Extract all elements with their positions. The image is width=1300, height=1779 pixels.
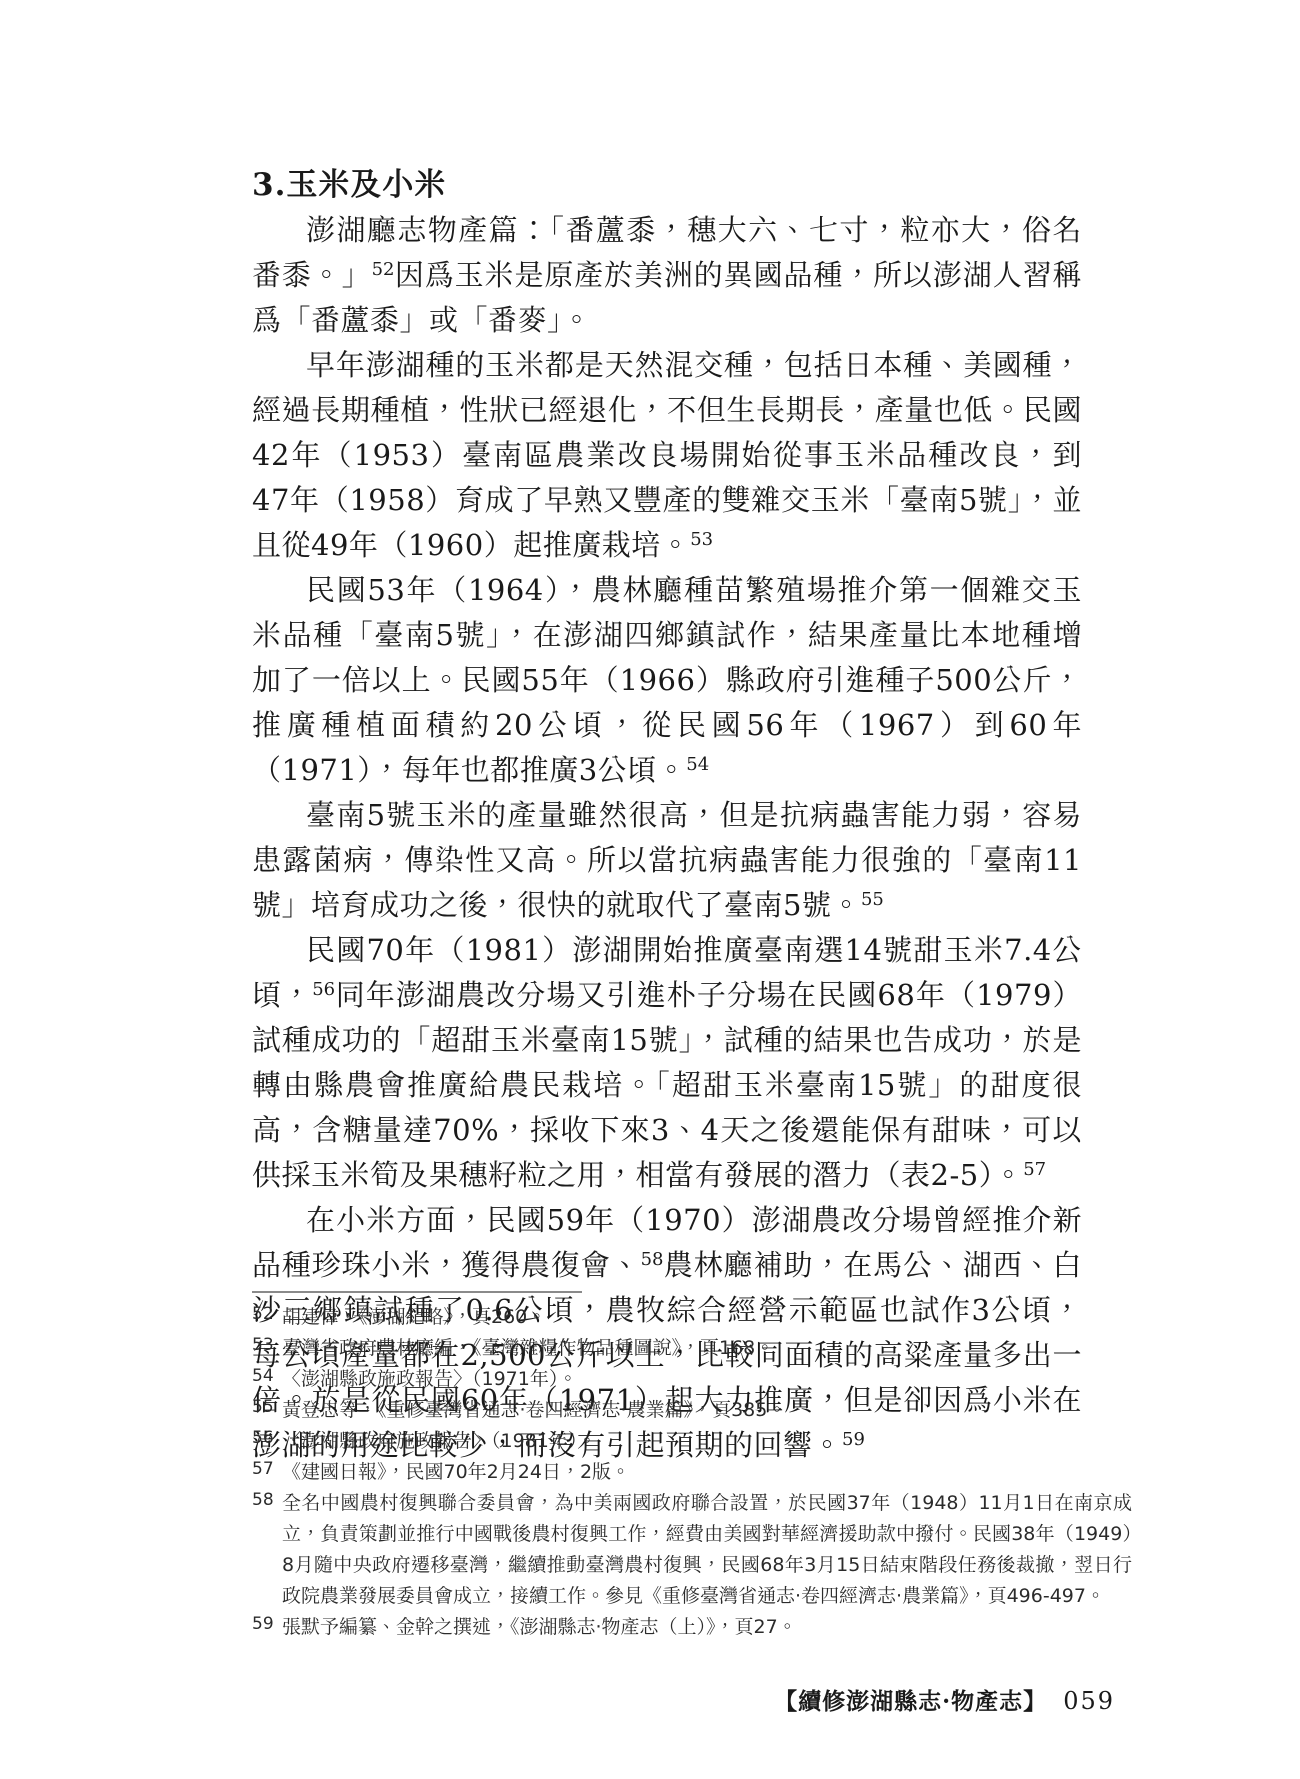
footnote-number: 57 <box>252 1454 274 1485</box>
footnote-text: 《建國日報》，民國70年2月24日，2版。 <box>282 1461 630 1483</box>
footnote-ref: 52 <box>372 259 395 280</box>
footnote-item: 58全名中國農村復興聯合委員會，為中美兩國政府聯合設置，於民國37年（1948）… <box>252 1488 1132 1612</box>
page-number: 059 <box>1063 1687 1115 1715</box>
footnote-item: 54〈澎湖縣政施政報告〉（1971年）。 <box>252 1364 1132 1395</box>
footnote-item: 55黃登忠等，《重修臺灣省通志·卷四經濟志·農業篇》，頁385。 <box>252 1395 1132 1426</box>
paragraph: 臺南5號玉米的產量雖然很高，但是抗病蟲害能力弱，容易患露菌病，傳染性又高。所以當… <box>252 793 1082 928</box>
footnote-number: 53 <box>252 1330 274 1361</box>
page-footer: 【續修澎湖縣志·物產志】059 <box>774 1683 1115 1716</box>
footnote-ref: 56 <box>312 979 335 1000</box>
footnote-text: 張默予編纂、金幹之撰述，《澎湖縣志·物產志（上）》，頁27。 <box>282 1616 797 1638</box>
footnote-number: 59 <box>252 1609 274 1640</box>
paragraph: 澎湖廳志物產篇：「番蘆黍，穗大六、七寸，粒亦大，俗名番黍。」52因爲玉米是原產於… <box>252 208 1082 343</box>
footnote-item: 53臺灣省政府農林廳編，《臺灣雜糧作物品種圖說》，頁168。 <box>252 1333 1132 1364</box>
footnote-ref: 58 <box>641 1249 664 1270</box>
footnote-text: 胡建偉，《澎湖紀略》，頁260。 <box>282 1306 546 1328</box>
article-body: 澎湖廳志物產篇：「番蘆黍，穗大六、七寸，粒亦大，俗名番黍。」52因爲玉米是原產於… <box>252 208 1082 1468</box>
footnote-number: 55 <box>252 1392 274 1423</box>
paragraph: 民國70年（1981）澎湖開始推廣臺南選14號甜玉米7.4公頃，56同年澎湖農改… <box>252 928 1082 1198</box>
footnote-number: 52 <box>252 1299 274 1330</box>
footnote-text: 〈澎湖縣政施政報告〉（1971年）。 <box>282 1368 577 1390</box>
footnote-text: 全名中國農村復興聯合委員會，為中美兩國政府聯合設置，於民國37年（1948）11… <box>282 1492 1132 1607</box>
footnote-number: 56 <box>252 1423 274 1454</box>
section-heading: 3.玉米及小米 <box>252 163 1082 208</box>
footnote-text: 臺灣省政府農林廳編，《臺灣雜糧作物品種圖說》，頁168。 <box>282 1337 774 1359</box>
footnote-text: 黃登忠等，《重修臺灣省通志·卷四經濟志·農業篇》，頁385。 <box>282 1399 786 1421</box>
footnote-ref: 55 <box>861 889 884 910</box>
footnote-item: 56〈澎湖縣政府施政報告〉（1981年）。 <box>252 1426 1132 1457</box>
footnote-ref: 57 <box>1023 1159 1046 1180</box>
footnote-text: 〈澎湖縣政府施政報告〉（1981年）。 <box>282 1430 596 1452</box>
article-content: 3.玉米及小米 澎湖廳志物產篇：「番蘆黍，穗大六、七寸，粒亦大，俗名番黍。」52… <box>252 163 1082 1468</box>
footnote-ref: 54 <box>686 754 709 775</box>
paragraph: 早年澎湖種的玉米都是天然混交種，包括日本種、美國種，經過長期種植，性狀已經退化，… <box>252 343 1082 568</box>
footnote-item: 52胡建偉，《澎湖紀略》，頁260。 <box>252 1302 1132 1333</box>
footnote-number: 58 <box>252 1485 274 1516</box>
footnote-number: 54 <box>252 1361 274 1392</box>
footnote-item: 57《建國日報》，民國70年2月24日，2版。 <box>252 1457 1132 1488</box>
footnote-ref: 53 <box>690 529 713 550</box>
document-page: 3.玉米及小米 澎湖廳志物產篇：「番蘆黍，穗大六、七寸，粒亦大，俗名番黍。」52… <box>0 0 1300 1779</box>
book-title: 【續修澎湖縣志·物產志】 <box>774 1688 1047 1715</box>
footnotes-section: 52胡建偉，《澎湖紀略》，頁260。53臺灣省政府農林廳編，《臺灣雜糧作物品種圖… <box>252 1302 1132 1643</box>
footnote-separator <box>252 1291 582 1293</box>
footnote-item: 59張默予編纂、金幹之撰述，《澎湖縣志·物產志（上）》，頁27。 <box>252 1612 1132 1643</box>
paragraph: 民國53年（1964），農林廳種苗繁殖場推介第一個雜交玉米品種「臺南5號」，在澎… <box>252 568 1082 793</box>
